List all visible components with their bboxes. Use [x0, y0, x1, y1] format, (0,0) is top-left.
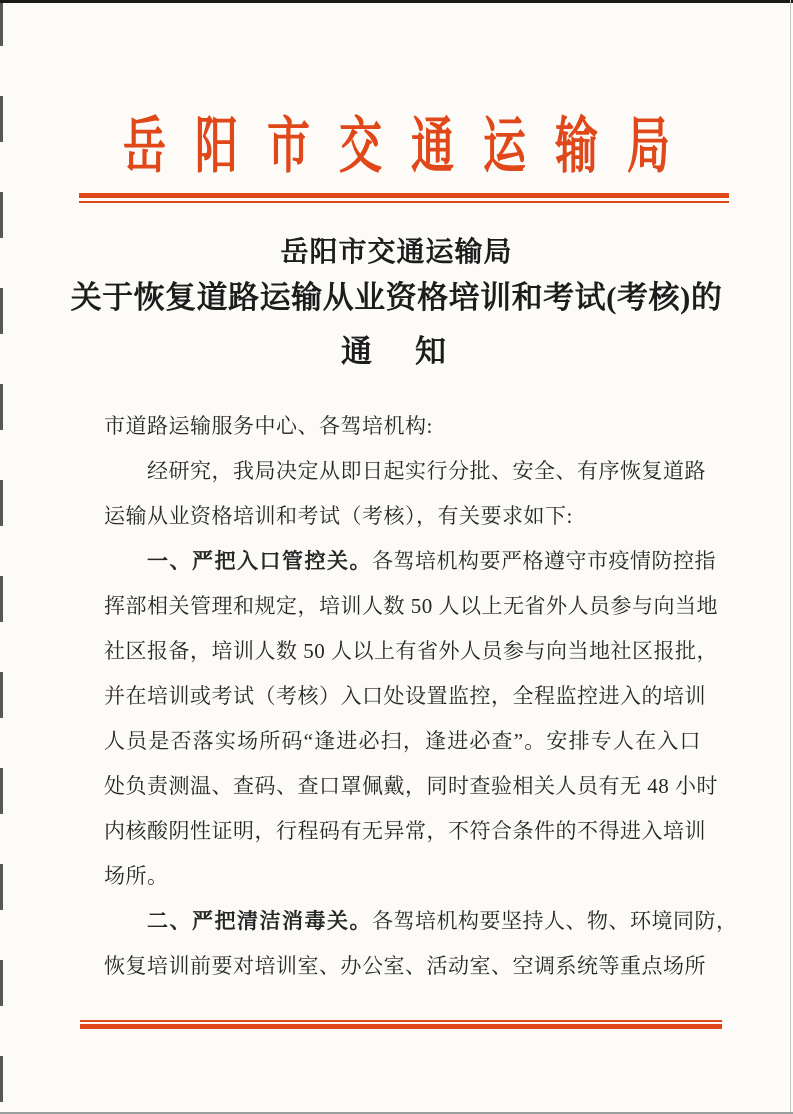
- body-line: 社区报备，培训人数 50 人以上有省外人员参与向当地社区报批，: [104, 629, 701, 674]
- letterhead-rule-thick: [79, 193, 729, 198]
- body-line: 经研究，我局决定从即日起实行分批、安全、有序恢复道路: [104, 449, 701, 494]
- body-line: 挥部相关管理和规定，培训人数 50 人以上无省外人员参与向当地: [104, 584, 701, 629]
- body-line: 内核酸阴性证明，行程码有无异常，不符合条件的不得进入培训: [104, 809, 701, 854]
- doc-title-issuer: 岳阳市交通运输局: [0, 230, 793, 270]
- doc-title-subject: 关于恢复道路运输从业资格培训和考试(考核)的: [0, 272, 793, 317]
- body-line: 场所。: [104, 854, 701, 899]
- scanned-notice-page: 岳阳市交通运输局 岳阳市交通运输局 关于恢复道路运输从业资格培训和考试(考核)的…: [0, 0, 793, 1114]
- body-line: 运输从业资格培训和考试（考核），有关要求如下:: [104, 494, 701, 539]
- section-heading: 二、严把清洁消毒关。: [147, 910, 372, 933]
- footer-rule-thin: [80, 1020, 722, 1022]
- letterhead-rule-thin: [79, 201, 729, 203]
- body-line: 恢复培训前要对培训室、办公室、活动室、空调系统等重点场所: [104, 944, 701, 989]
- section-heading: 一、严把入口管控关。: [147, 550, 372, 573]
- body-line: 一、严把入口管控关。各驾培机构要严格遵守市疫情防控指: [104, 539, 701, 584]
- footer-rule-thick: [80, 1024, 722, 1029]
- body-line: 处负责测温、查码、查口罩佩戴，同时查验相关人员有无 48 小时: [104, 764, 701, 809]
- body-line: 市道路运输服务中心、各驾培机构:: [104, 404, 701, 449]
- body-line: 并在培训或考试（考核）入口处设置监控，全程监控进入的培训: [104, 674, 701, 719]
- scan-edge-top: [0, 0, 793, 3]
- letterhead-agency-name: 岳阳市交通运输局: [0, 104, 793, 192]
- body-line: 人员是否落实场所码“逢进必扫，逢进必查”。安排专人在入口: [104, 719, 701, 764]
- doc-title-notice: 通 知: [0, 326, 793, 371]
- body-line: 二、严把清洁消毒关。各驾培机构要坚持人、物、环境同防，: [104, 899, 701, 944]
- document-body: 市道路运输服务中心、各驾培机构:经研究，我局决定从即日起实行分批、安全、有序恢复…: [104, 404, 701, 989]
